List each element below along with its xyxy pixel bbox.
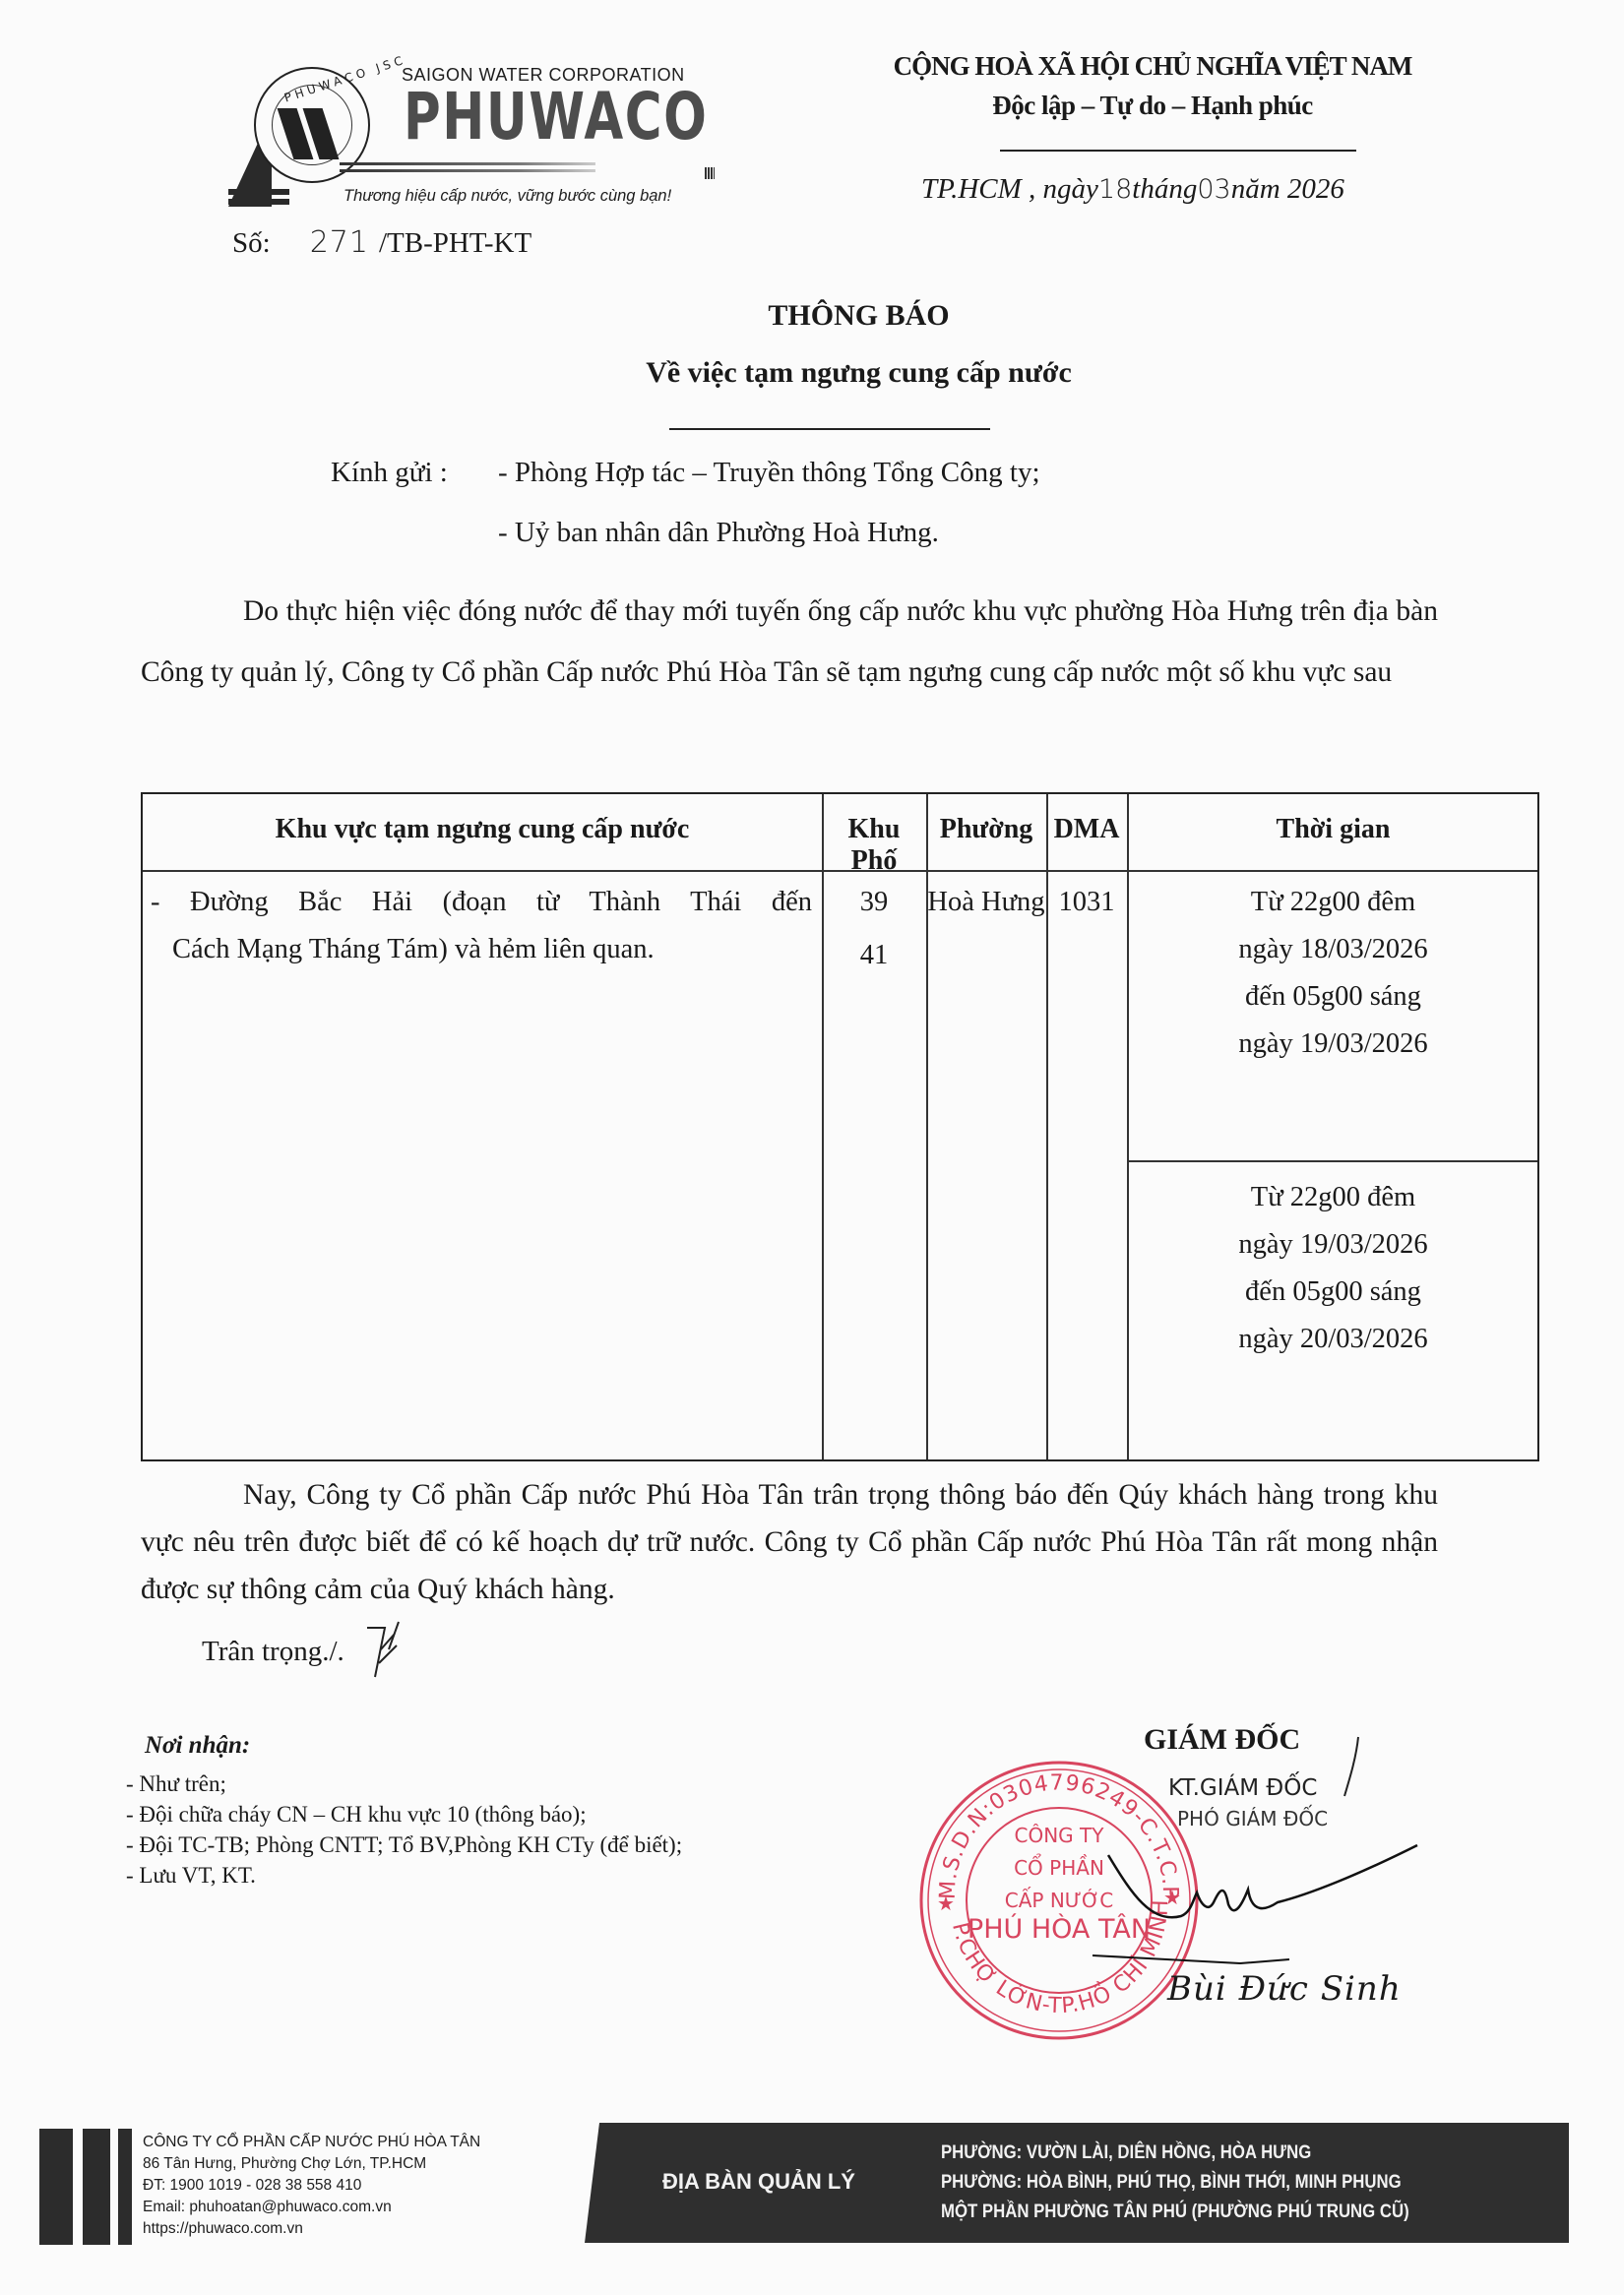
- cell-khu-pho: 41: [822, 932, 926, 979]
- brand-underline: [340, 169, 595, 172]
- receiver-item: - Như trên;: [126, 1771, 226, 1797]
- signatory-name: Bùi Đức Sinh: [1167, 1969, 1402, 2009]
- footer-phone: ĐT: 1900 1019 - 028 38 558 410: [143, 2175, 480, 2197]
- time-line: ngày 20/03/2026: [1127, 1316, 1539, 1363]
- date-place: TP.HCM , ngày: [921, 173, 1098, 205]
- receiver-item: - Đội TC-TB; Phòng CNTT; Tổ BV,Phòng KH …: [126, 1832, 682, 1858]
- brand-name: PHUWACO: [404, 85, 708, 150]
- cell-khu-pho: 39: [822, 879, 926, 926]
- footer-company-name: CÔNG TY CỔ PHẦN CẤP NƯỚC PHÚ HÒA TÂN: [143, 2132, 480, 2153]
- cell-phuong: Hoà Hưng: [926, 879, 1046, 926]
- footer-area-item: PHƯỜNG: VƯỜN LÀI, DIÊN HỒNG, HÒA HƯNG: [941, 2138, 1409, 2167]
- footer-bar-icon: [83, 2129, 110, 2245]
- time-line: Từ 22g00 đêm: [1127, 1174, 1539, 1221]
- brand-slogan: Thương hiệu cấp nước, vững bước cùng bạn…: [344, 187, 671, 206]
- intro-text: Do thực hiện việc đóng nước để thay mới …: [141, 595, 1438, 688]
- date-line: TP.HCM , ngày18tháng03năm 2026: [921, 173, 1344, 206]
- intro-paragraph: Do thực hiện việc đóng nước để thay mới …: [141, 581, 1438, 703]
- time-line: ngày 19/03/2026: [1127, 1021, 1539, 1068]
- cell-area-line: Cách Mạng Tháng Tám) và hẻm liên quan.: [172, 926, 812, 973]
- time-line: Từ 22g00 đêm: [1127, 879, 1539, 926]
- footer-company-info: CÔNG TY CỔ PHẦN CẤP NƯỚC PHÚ HÒA TÂN 86 …: [143, 2132, 480, 2240]
- logo-stripe: [228, 199, 289, 205]
- table-header: Thời gian: [1127, 814, 1539, 845]
- title-divider: [669, 428, 990, 430]
- date-year: năm 2026: [1231, 173, 1344, 205]
- receivers-title: Nơi nhận:: [145, 1732, 250, 1760]
- cell-dma: 1031: [1046, 879, 1127, 926]
- time-line: đến 05g00 sáng: [1127, 973, 1539, 1021]
- initials-mark-icon: [363, 1620, 403, 1679]
- recipient-item: - Phòng Hợp tác – Truyền thông Tổng Công…: [498, 457, 1040, 489]
- document-number: Số:271/TB-PHT-KT: [232, 225, 531, 260]
- closing-text: Nay, Công ty Cổ phần Cấp nước Phú Hòa Tâ…: [141, 1479, 1438, 1605]
- receiver-item: - Đội chữa cháy CN – CH khu vực 10 (thôn…: [126, 1802, 587, 1828]
- table-header: Khu Phố: [822, 814, 926, 877]
- footer-bar-icon: [118, 2129, 132, 2245]
- document-subtitle: Về việc tạm ngưng cung cấp nước: [0, 356, 1624, 390]
- footer-area-item: PHƯỜNG: HÒA BÌNH, PHÚ THỌ, BÌNH THỚI, MI…: [941, 2167, 1409, 2197]
- time-line: ngày 18/03/2026: [1127, 926, 1539, 973]
- table-header: Khu vực tạm ngưng cung cấp nước: [143, 814, 822, 845]
- table-time-divider: [1127, 1160, 1537, 1162]
- doc-number-value: 271: [310, 225, 369, 260]
- recipient-item: - Uỷ ban nhân dân Phường Hoà Hưng.: [498, 517, 939, 549]
- date-month: 03: [1197, 174, 1230, 205]
- doc-number-suffix: /TB-PHT-KT: [379, 227, 531, 259]
- footer-area-list: PHƯỜNG: VƯỜN LÀI, DIÊN HỒNG, HÒA HƯNG PH…: [941, 2138, 1409, 2226]
- logo-stripe: [228, 189, 289, 195]
- recipients-label: Kính gửi :: [331, 457, 448, 489]
- table-header: Phường: [926, 814, 1046, 845]
- date-day: 18: [1098, 174, 1132, 205]
- time-line: ngày 19/03/2026: [1127, 1221, 1539, 1269]
- cell-time-window: Từ 22g00 đêm ngày 18/03/2026 đến 05g00 s…: [1127, 879, 1539, 1068]
- doc-number-label: Số:: [232, 227, 271, 259]
- national-motto: Độc lập – Tự do – Hạnh phúc: [854, 91, 1451, 121]
- receiver-item: - Lưu VT, KT.: [126, 1863, 256, 1889]
- cell-time-window: Từ 22g00 đêm ngày 19/03/2026 đến 05g00 s…: [1127, 1174, 1539, 1363]
- handwritten-signature-icon: [1093, 1727, 1427, 1983]
- document-title: THÔNG BÁO: [0, 299, 1624, 333]
- cell-area-line: - Đường Bắc Hải (đoạn từ Thành Thái đến: [151, 879, 812, 926]
- brand-bars-icon: [705, 167, 715, 179]
- table-header: DMA: [1046, 814, 1127, 845]
- footer-email: Email: phuhoatan@phuwaco.com.vn: [143, 2197, 480, 2218]
- regards: Trân trọng./.: [202, 1636, 344, 1668]
- date-month-label: tháng: [1132, 173, 1197, 205]
- brand-underline: [340, 162, 595, 165]
- national-title: CỘNG HOÀ XÃ HỘI CHỦ NGHĨA VIỆT NAM: [854, 51, 1451, 82]
- footer-address: 86 Tân Hưng, Phường Chợ Lớn, TP.HCM: [143, 2153, 480, 2175]
- time-line: đến 05g00 sáng: [1127, 1269, 1539, 1316]
- regards-text: Trân trọng./.: [202, 1636, 344, 1667]
- closing-paragraph: Nay, Công ty Cổ phần Cấp nước Phú Hòa Tâ…: [141, 1471, 1438, 1613]
- footer-area-item: MỘT PHẦN PHƯỜNG TÂN PHÚ (PHƯỜNG PHÚ TRUN…: [941, 2197, 1409, 2226]
- footer-area-label: ĐỊA BÀN QUẢN LÝ: [662, 2169, 855, 2195]
- motto-divider: [1000, 150, 1356, 152]
- outage-table: Khu vực tạm ngưng cung cấp nước Khu Phố …: [141, 792, 1539, 1461]
- footer-bar-icon: [39, 2129, 73, 2245]
- footer-website: https://phuwaco.com.vn: [143, 2218, 480, 2240]
